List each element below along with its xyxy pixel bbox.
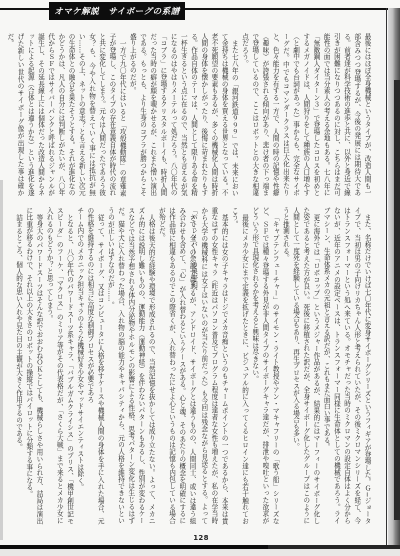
paragraph: 詰まるところ、個人的な思い入れや見た目の主観が大きく作用するのである。 [13, 207, 23, 524]
page-edge-line [386, 8, 387, 548]
paragraph: 等身大のパワードスーツはそんな訳でおおむねＯＫとしても、機械らしさや用いられ方、… [24, 207, 44, 524]
paragraph: 従って、サイボーグ、又はコンピュータに人格を移すケースや機械人間の身体を手に入れ… [85, 207, 105, 524]
binding-shadow-dark [394, 80, 400, 520]
paragraph: 一方で九〇年代にはいると「攻殻機動隊」の草薙素子が登場し、このタイプの存在意義自… [5, 33, 127, 196]
page-number: 128 [186, 534, 216, 542]
paragraph: うと推測される。 [280, 207, 290, 524]
lower-left-text-block: さて、全くの余談ではあるが、アンドロイド、サイボーグとは違うものの、人間同士、或… [45, 207, 197, 524]
paragraph: 最後にはほぼ全身機械というタイプが、改造人間も一部含みつつ登場するが、今後の発展… [239, 33, 372, 196]
upper-text-tier: 最後にはほぼ全身機械というタイプが、改造人間も一部含みつつ登場するが、今後の発展… [47, 33, 372, 196]
paragraph: また、名称だけでいけば七〇年代に変身サイボーグシリーズというフィギアが登場した。… [321, 207, 372, 524]
paragraph: 最後にメカ少女にまで定義を拡げたときに、ビジュアル的に入ってくるヒロイン達にも若… [229, 207, 249, 524]
paragraph: さて、全くの余談ではあるが、アンドロイド、サイボーグとは違うものの、人間同士、或… [156, 207, 197, 524]
paragraph: 「キャプテンフューチャー」のサイモン・ライト教授やアン・マキャフリーの「歌う船」… [250, 207, 281, 524]
paragraph: 人格は後天的な経験や環境で形成されるので、当然記憶を抜かしては成り立たない。よっ… [105, 207, 156, 524]
paragraph: となると、八〇年代のパワードスーツ系キャラ、「バブルガムクライシス」のプリス、「… [44, 207, 75, 524]
book-page: オマケ解説 サイボーグの系譜 最後にはほぼ全身機械というタイプが、改造人間も一部… [0, 0, 400, 556]
paragraph: 更に海外では「ロボコップ」というメジャー作品があるが、結果的にはマーフィーのサイ… [290, 207, 321, 524]
lower-right-text-block: また、名称だけでいけば七〇年代に変身サイボーグシリーズというフィギアが登場した。… [220, 207, 372, 524]
paragraph: チーム内でのメカニック担当キャラのような機械好き少女やマッドサイエンティストは除… [75, 207, 85, 524]
section-header: オマケ解説 サイボーグの系譜 [49, 2, 185, 20]
left-page-edge [0, 180, 3, 540]
paragraph: また七八年の「銀河鉄道９９９」では、未来において金持ちは機械の身体を買える世界と… [127, 33, 239, 196]
bottom-margin [0, 549, 400, 556]
